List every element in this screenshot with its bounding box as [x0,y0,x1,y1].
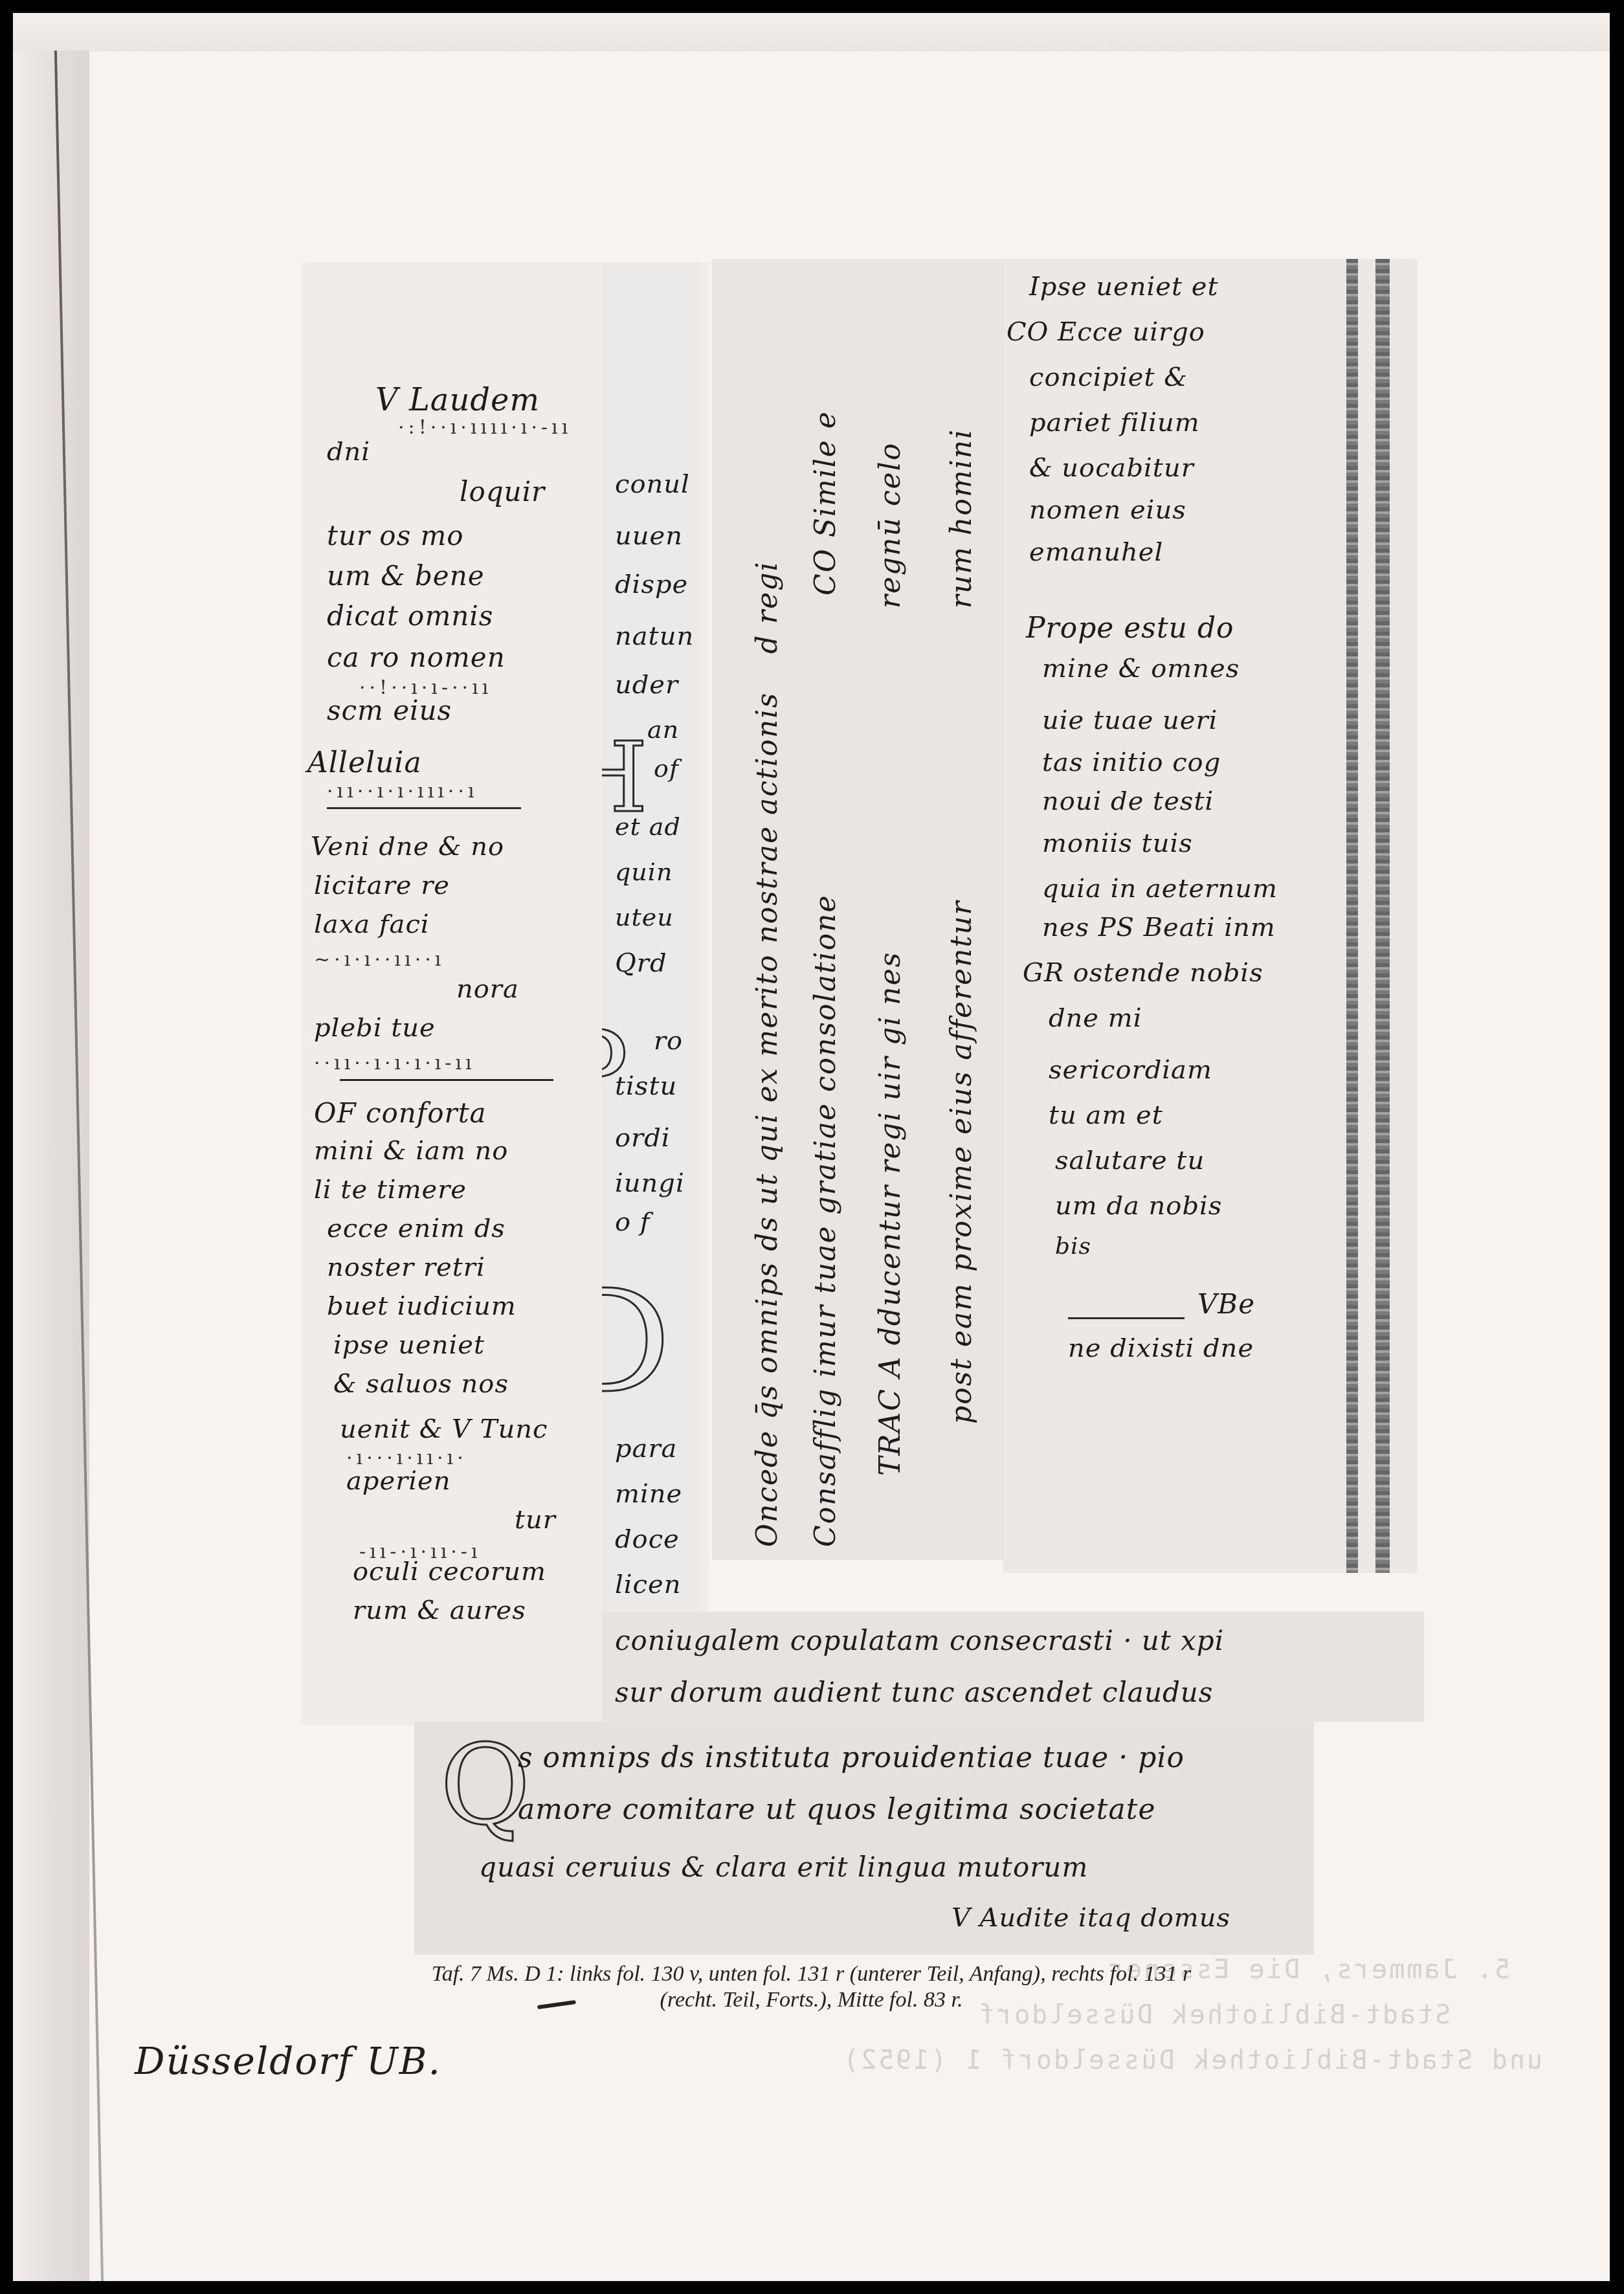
ms-line: ecce enim ds [327,1214,506,1243]
ms-line: para [615,1434,677,1464]
ms-line: CO Ecce uirgo [1007,317,1205,347]
ms-line: mini & iam no [314,1136,508,1166]
ms-line: ordi [615,1123,671,1153]
ms-line: nes PS Beati inm [1042,913,1276,942]
ms-line: aperien [346,1466,450,1496]
ms-line: uie tuae ueri [1042,706,1218,735]
manuscript-panel-bottom: Q s omnips ds instituta prouidentiae tua… [414,1722,1314,1955]
ms-line: o f [615,1207,651,1237]
scan-top-edge [13,13,1610,51]
ms-vertical-line: Consafflig imur tuae gratiae consolation… [809,894,842,1547]
ms-vertical-line: rum homini [945,429,978,608]
neume-row: ·:!··ı·ıııı·ı·-ıı [398,416,572,439]
ms-line: an [647,715,679,744]
manuscript-panel-middle: Oncede q̄s omnips ds ut qui ex merito no… [712,259,1003,1560]
ms-line: licen [615,1570,681,1599]
ms-line: tistu [615,1071,677,1101]
ms-line: li te timere [314,1175,467,1205]
ms-vertical-line: post eam proxime eius afferentur [945,900,978,1424]
ms-line: VBe [1197,1288,1255,1320]
ms-line: concipiet & [1029,362,1188,392]
ms-line: tu am et [1049,1100,1163,1130]
ms-line: amore comitare ut quos legitima societat… [518,1793,1155,1826]
manuscript-panel-bottom-strip: coniugalem copulatam consecrasti · ut xp… [602,1612,1424,1722]
ms-line: Alleluia [307,746,422,779]
rule-line [1068,1317,1185,1319]
handwritten-note: Düsseldorf UB. [135,2039,441,2083]
ms-vertical-line: Oncede q̄s omnips ds ut qui ex merito no… [751,692,784,1547]
bleed-through-line-3: und Stadt-Bibliothek Düsseldorf 1 (1952) [841,2045,1542,2075]
caption-line-2: (recht. Teil, Forts.), Mitte fol. 83 r. [13,1987,1610,2013]
ms-line: noui de testi [1042,786,1214,816]
ms-line: doce [615,1524,680,1554]
ms-line: Prope estu do [1026,612,1234,645]
ms-line: bis [1055,1233,1091,1260]
binding-stroke [1346,259,1358,1573]
ms-line: uder [615,670,678,700]
ms-line: emanuhel [1029,537,1163,567]
ms-line: Veni dne & no [311,832,504,862]
ms-line: uenit & V Tunc [340,1414,548,1444]
ms-line: nomen eius [1029,495,1186,525]
ms-line: ipse ueniet [333,1330,485,1360]
ms-line: iungi [615,1168,685,1198]
ms-line: quin [615,858,673,886]
ms-line: conul [615,469,690,499]
ms-line: buet iudicium [327,1291,517,1321]
ms-line: coniugalem copulatam consecrasti · ut xp… [615,1625,1224,1656]
binding-stroke [1375,259,1390,1573]
caption-line-1: Taf. 7 Ms. D 1: links fol. 130 v, unten … [13,1961,1610,1987]
ms-line: & saluos nos [333,1369,509,1399]
ms-line: dicat omnis [327,600,493,632]
plate-caption: Taf. 7 Ms. D 1: links fol. 130 v, unten … [13,1961,1610,2013]
ms-line: ne dixisti dne [1068,1333,1254,1363]
ms-line: ro [654,1026,683,1056]
manuscript-panel-left-strip: I t H P D conul uuen dispe natun uder an… [602,262,699,1673]
ms-line: Ipse ueniet et [1029,272,1219,302]
neume-row: ~·ı·ı··ıı··ı [314,948,445,971]
ms-line: pariet filium [1029,408,1200,438]
ms-line: plebi tue [314,1013,436,1043]
ms-line: GR ostende nobis [1023,958,1263,988]
ms-line: scm eius [327,695,452,726]
ms-line: of [654,754,679,783]
ms-line: dni [327,437,370,467]
ms-line: mine & omnes [1042,654,1240,684]
ms-line: V Audite itaq domus [951,1903,1230,1933]
ms-vertical-line: regnū celo [874,442,907,608]
neume-row: ·ıı··ı·ı·ııı··ı [327,780,478,803]
manuscript-binding-edge [1327,259,1418,1573]
ms-line: V Laudem [375,382,540,418]
ms-line: noster retri [327,1253,485,1282]
ms-line: quia in aeternum [1042,874,1278,904]
ms-vertical-line: d regi [751,561,784,654]
ms-line: Qrd [615,948,667,978]
ms-line: et ad [615,812,681,841]
ms-line: uteu [615,903,674,931]
initial-letter: D [602,1259,671,1425]
ms-line: salutare tu [1055,1146,1205,1175]
ms-vertical-line: TRAC A dducentur regi uir gi nes [874,952,907,1476]
ms-line: & uocabitur [1029,453,1194,483]
ms-line: dispe [615,570,688,599]
ms-line: nora [456,974,519,1004]
neume-row: ··ıı··ı·ı·ı·ı-ıı [314,1052,476,1075]
ms-line: um & bene [327,560,485,592]
ms-vertical-line: CO Simile e [809,410,842,596]
ms-line: uuen [615,521,683,551]
ms-line: licitare re [314,871,450,900]
ms-line: OF conforta [314,1097,487,1129]
scanned-page: 5. Jammers, Die Essener Stadt-Bibliothek… [13,13,1610,2281]
ms-line: loquir [460,476,545,507]
ms-line: tur [515,1505,556,1535]
ms-line: tur os mo [327,520,464,551]
ms-line: tas initio cog [1042,748,1221,777]
ms-line: quasi ceruius & clara erit lingua mutoru… [479,1851,1088,1883]
ms-line: rum & aures [353,1596,526,1625]
ms-line: laxa faci [314,909,430,939]
rule-line [340,1079,553,1081]
ms-line: um da nobis [1055,1191,1222,1221]
ms-line: oculi cecorum [353,1557,546,1587]
initial-letter-q: Q [440,1722,530,1850]
rule-line [327,807,521,809]
ms-line: mine [615,1479,682,1509]
ms-line: sericordiam [1049,1055,1212,1085]
ms-line: dne mi [1049,1003,1142,1033]
ms-line: moniis tuis [1042,829,1193,858]
ms-line: natun [615,621,694,651]
ms-line: s omnips ds instituta prouidentiae tuae … [518,1741,1185,1774]
ms-line: ca ro nomen [327,641,506,673]
ms-line: sur dorum audient tunc ascendet claudus [615,1676,1213,1708]
